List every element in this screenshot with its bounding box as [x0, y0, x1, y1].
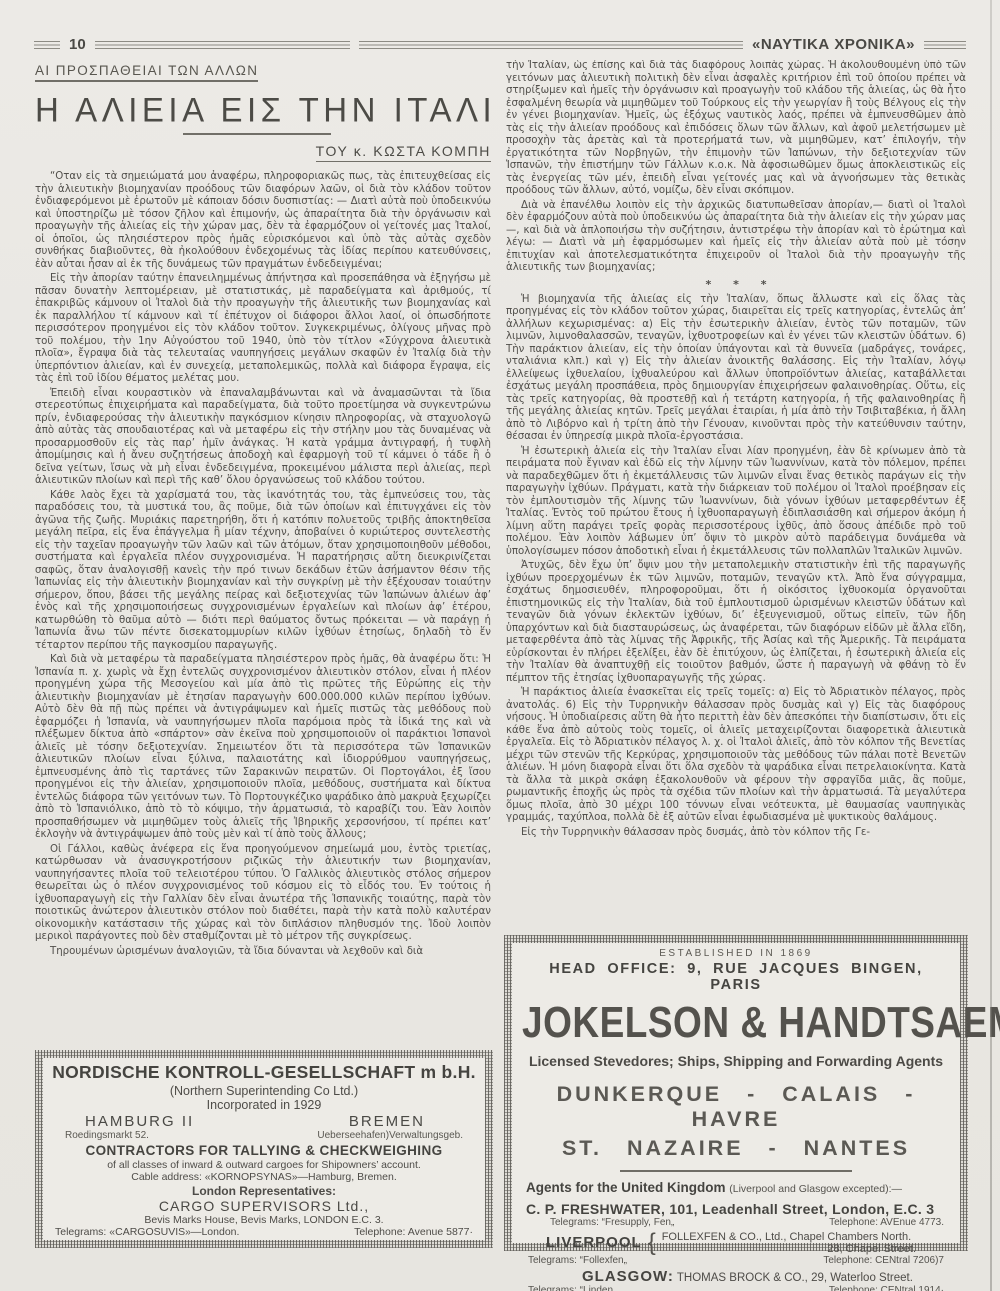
article-paragraph: Ἡ ἐσωτερικὴ ἁλιεία εἰς τὴν Ἰταλίαν εἶναι…	[506, 446, 966, 559]
article-byline: ΤΟΥ κ. ΚΩΣΤΑ ΚΟΜΠΗ	[316, 143, 491, 162]
ad-jokelson-liverpool-row: LIVERPOOL { FOLLEXFEN & CO., Ltd., Chape…	[522, 1231, 950, 1255]
ad-jokelson-liverpool-telegrams: Telegrams: “Follexfen„	[528, 1255, 627, 1266]
ad-jokelson-agents-note: (Liverpool and Glasgow excepted):—	[729, 1183, 902, 1195]
byline-row: ΤΟΥ κ. ΚΩΣΤΑ ΚΟΜΠΗ	[35, 141, 491, 162]
ad-jokelson-liverpool-address: FOLLEXFEN & CO., Ltd., Chapel Chambers N…	[662, 1231, 950, 1255]
left-column: ΑΙ ΠΡΟΣΠΑΘΕΙΑΙ ΤΩΝ ΑΛΛΩΝ Η ΑΛΙΕΙΑ ΕΙΣ ΤΗ…	[35, 60, 491, 1044]
article-paragraph: Τηρουμένων ὡρισμένων ἀναλογιῶν, τὰ ἴδια …	[35, 946, 491, 959]
ad-jokelson-liverpool-contact-row: Telegrams: “Follexfen„ Telephone: CENtra…	[522, 1255, 950, 1266]
masthead: «ΝΑΥΤΙΚΑ ΧΡΟΝΙΚΑ»	[752, 36, 915, 53]
ad-jokelson-glasgow-agent: THOMAS BROCK & CO., 29, Waterloo Street.	[677, 1272, 913, 1284]
page-header: 10 «ΝΑΥΤΙΚΑ ΧΡΟΝΙΚΑ»	[34, 36, 966, 53]
ad-jokelson-divider	[620, 1170, 852, 1172]
ad-jokelson-liverpool-phone: Telephone: CENtral 7206)7	[823, 1255, 944, 1266]
ad-jokelson-glasgow-phone: Telephone: CENtral 1914·	[829, 1285, 944, 1291]
header-rule-mid-2	[359, 41, 743, 49]
hamburg-office: HAMBURG II	[85, 1113, 194, 1130]
ad-nordische-cargo-classes: of all classes of inward & outward cargo…	[51, 1159, 477, 1171]
right-column: τὴν Ἰταλίαν, ὡς ἐπίσης καὶ διὰ τὰς διαφό…	[506, 60, 966, 928]
ad-jokelson-ports-line1: DUNKERQUE - CALAIS - HAVRE	[522, 1082, 950, 1132]
ad-jokelson-agents-label: Agents for the United Kingdom	[526, 1180, 726, 1195]
ad-jokelson-london-agent: C. P. FRESHWATER, 101, Leadenhall Street…	[522, 1201, 950, 1217]
brace-glyph: {	[648, 1231, 656, 1255]
article-paragraph: Εἰς τὴν ἀπορίαν ταύτην ἐπανειλημμένως ἀπ…	[35, 273, 491, 386]
ad-jokelson-liverpool-name: LIVERPOOL	[546, 1234, 642, 1251]
ad-jokelson-glasgow-contact-row: Telegrams: “Linden„ Telephone: CENtral 1…	[522, 1285, 950, 1291]
magazine-page: 10 «ΝΑΥΤΙΚΑ ΧΡΟΝΙΚΑ» ΑΙ ΠΡΟΣΠΑΘΕΙΑΙ ΤΩΝ …	[0, 0, 1000, 1291]
bremen-address: Ueberseehafen)Verwaltungsgeb.	[317, 1130, 463, 1141]
article-paragraph: “Οταν εἰς τὰ σημειώματά μου ἀναφέρω, πλη…	[35, 171, 491, 271]
article-paragraph: Κάθε λαὸς ἔχει τὰ χαρίσματά του, τὰς ἱκα…	[35, 490, 491, 653]
ad-jokelson-glasgow-telegrams: Telegrams: “Linden„	[528, 1285, 616, 1291]
page-number: 10	[69, 36, 86, 53]
ad-nordische-cities: HAMBURG II BREMEN	[51, 1112, 477, 1130]
ad-nordische: NORDISCHE KONTROLL-GESELLSCHAFT m b.H. (…	[35, 1050, 493, 1248]
article-title: Η ΑΛΙΕΙΑ ΕΙΣ ΤΗΝ ΙΤΑΛΙΑΝ	[35, 90, 491, 130]
section-separator: * * *	[515, 279, 966, 290]
header-rule-mid-1	[95, 41, 351, 49]
ad-jokelson-company-name: JOKELSON & HANDTSAEM, S.A.	[522, 998, 950, 1048]
ad-nordische-contact-row: Telegrams: «CARGOSUVIS»—London. Telephon…	[51, 1226, 477, 1238]
ad-nordische-london-rep-label: London Representatives:	[51, 1184, 477, 1198]
article-paragraph: Καὶ διὰ νὰ μεταφέρω τὰ παραδείγματα πλησ…	[35, 654, 491, 842]
header-rule-left	[34, 41, 60, 49]
ad-nordische-rep-address: Bevis Marks House, Bevis Marks, LONDON E…	[51, 1214, 477, 1226]
ad-nordische-addresses: Roedingsmarkt 52. Ueberseehafen)Verwaltu…	[51, 1130, 477, 1141]
ad-nordische-subtitle: (Northern Superintending Co Ltd.)	[51, 1084, 477, 1098]
ad-nordische-contractors: CONTRACTORS FOR TALLYING & CHECKWEIGHING	[51, 1143, 477, 1158]
title-underline	[183, 133, 331, 135]
ad-jokelson-head-office: HEAD OFFICE: 9, RUE JACQUES BINGEN, PARI…	[522, 961, 950, 993]
ad-jokelson-liverpool-agent1: FOLLEXFEN & CO., Ltd., Chapel Chambers N…	[662, 1231, 950, 1243]
ad-jokelson-established: ESTABLISHED IN 1869	[522, 948, 950, 959]
article-kicker: ΑΙ ΠΡΟΣΠΑΘΕΙΑΙ ΤΩΝ ΑΛΛΩΝ	[35, 63, 258, 82]
article-paragraph: τὴν Ἰταλίαν, ὡς ἐπίσης καὶ διὰ τὰς διαφό…	[506, 60, 966, 198]
ad-jokelson-london-contact-row: Telegrams: “Fresupply, Fen„ Telephone: A…	[522, 1217, 950, 1228]
ad-nordische-rep-name: CARGO SUPERVISORS Ltd.,	[51, 1198, 477, 1214]
ad-nordische-cable: Cable address: «KORNOPSYNAS»—Hamburg, Br…	[51, 1171, 477, 1183]
ad-jokelson-tagline: Licensed Stevedores; Ships, Shipping and…	[522, 1053, 950, 1069]
ad-jokelson-liverpool-agent2: 28, Chapel Street.	[662, 1243, 950, 1255]
ad-jokelson-content: ESTABLISHED IN 1869 HEAD OFFICE: 9, RUE …	[512, 943, 960, 1243]
header-rule-right	[924, 41, 966, 49]
article-paragraph: Ἀτυχῶς, δὲν ἔχω ὑπ’ ὄψιν μου τὴν μεταπολ…	[506, 560, 966, 685]
article-paragraph: Ἡ βιομηχανία τῆς ἁλιείας εἰς τὴν Ἰταλίαν…	[506, 294, 966, 444]
ad-nordische-content: NORDISCHE KONTROLL-GESELLSCHAFT m b.H. (…	[43, 1058, 485, 1240]
article-paragraph: Εἰς τὴν Τυρρηνικὴν θάλασσαν πρὸς δυσμάς,…	[506, 827, 966, 840]
article-paragraph: Ἡ παράκτιος ἁλιεία ἐνασκεῖται εἰς τρεῖς …	[506, 687, 966, 825]
ad-jokelson-glasgow-row: GLASGOW: THOMAS BROCK & CO., 29, Waterlo…	[522, 1268, 950, 1285]
hamburg-address: Roedingsmarkt 52.	[65, 1130, 149, 1141]
ad-jokelson-agents-line: Agents for the United Kingdom (Liverpool…	[522, 1180, 950, 1195]
ad-nordische-title: NORDISCHE KONTROLL-GESELLSCHAFT m b.H.	[51, 1062, 477, 1083]
ad-nordische-telegrams: Telegrams: «CARGOSUVIS»—London.	[55, 1226, 239, 1238]
article-paragraph: Διὰ νὰ ἐπανέλθω λοιπὸν εἰς τὴν ἀρχικῶς δ…	[506, 200, 966, 275]
ad-jokelson-london-telegrams: Telegrams: “Fresupply, Fen„	[550, 1217, 674, 1228]
ad-jokelson-london-phone: Telephone: AVEnue 4773.	[829, 1217, 944, 1228]
ad-nordische-incorporated: Incorporated in 1929	[51, 1098, 477, 1112]
article-paragraph: Ἐπειδὴ εἶναι κουραστικὸν νὰ ἐπαναλαμβάνω…	[35, 388, 491, 488]
ad-nordische-telephone: Telephone: Avenue 5877·	[354, 1226, 473, 1238]
ad-jokelson-ports-line2: ST. NAZAIRE - NANTES	[522, 1136, 950, 1161]
bremen-office: BREMEN	[349, 1113, 425, 1130]
article-body-left: “Οταν εἰς τὰ σημειώματά μου ἀναφέρω, πλη…	[35, 171, 491, 958]
ad-jokelson: ESTABLISHED IN 1869 HEAD OFFICE: 9, RUE …	[504, 935, 968, 1251]
ad-jokelson-glasgow-name: GLASGOW:	[582, 1268, 674, 1285]
article-paragraph: Οἱ Γάλλοι, καθὼς ἀνέφερα εἰς ἕνα προηγού…	[35, 844, 491, 944]
